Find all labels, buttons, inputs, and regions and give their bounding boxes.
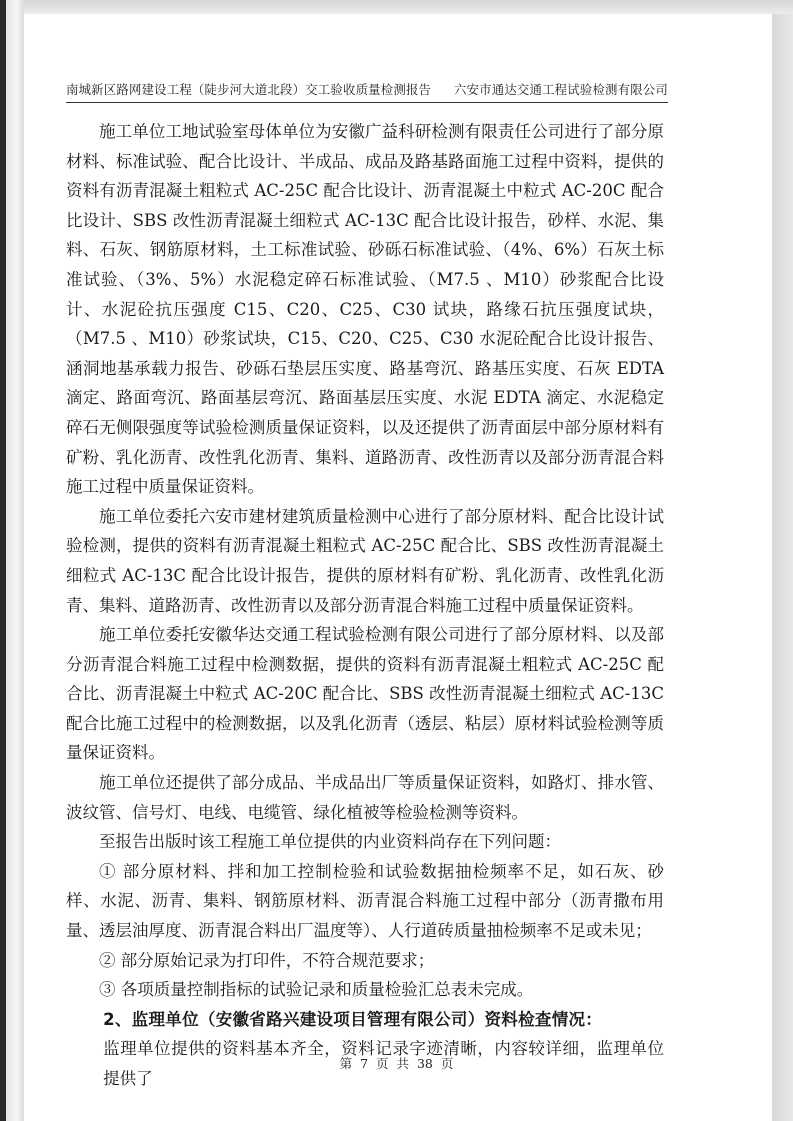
- issue-item-3: ③ 各项质量控制指标的试验记录和质量检验汇总表未完成。: [66, 975, 664, 1005]
- paragraph-building-center: 施工单位委托六安市建材建筑质量检测中心进行了部分原材料、配合比设计试验检测，提供…: [66, 502, 664, 620]
- paragraph-finished-products: 施工单位还提供了部分成品、半成品出厂等质量保证资料，如路灯、排水管、波纹管、信号…: [66, 768, 664, 827]
- document-body: 施工单位工地试验室母体单位为安徽广益科研检测有限责任公司进行了部分原材料、标准试…: [66, 117, 664, 1094]
- section-heading-supervision: 2、监理单位（安徽省路兴建设项目管理有限公司）资料检查情况：: [66, 1005, 664, 1035]
- paragraph-huada-company: 施工单位委托安徽华达交通工程试验检测有限公司进行了部分原材料、以及部分沥青混合料…: [66, 620, 664, 768]
- paragraph-issues-intro: 至报告出版时该工程施工单位提供的内业资料尚存在下列问题：: [66, 827, 664, 857]
- issue-item-2: ② 部分原始记录为打印件，不符合规范要求；: [66, 946, 664, 976]
- page-number: 第 7 页 共 38 页: [0, 1054, 793, 1072]
- running-header: 南城新区路网建设工程（陡步河大道北段）交工验收质量检测报告 六安市通达交通工程试…: [66, 80, 668, 103]
- page-right-edge: [772, 14, 793, 1121]
- header-report-title: 南城新区路网建设工程（陡步河大道北段）交工验收质量检测报告: [66, 80, 431, 98]
- scan-top-edge: [0, 0, 793, 14]
- issue-item-1: ① 部分原材料、拌和加工控制检验和试验数据抽检频率不足，如石灰、砂样、水泥、沥青…: [66, 857, 664, 946]
- header-company-name: 六安市通达交通工程试验检测有限公司: [454, 80, 668, 98]
- page-gutter: [6, 0, 24, 1121]
- paragraph-site-lab: 施工单位工地试验室母体单位为安徽广益科研检测有限责任公司进行了部分原材料、标准试…: [66, 117, 664, 502]
